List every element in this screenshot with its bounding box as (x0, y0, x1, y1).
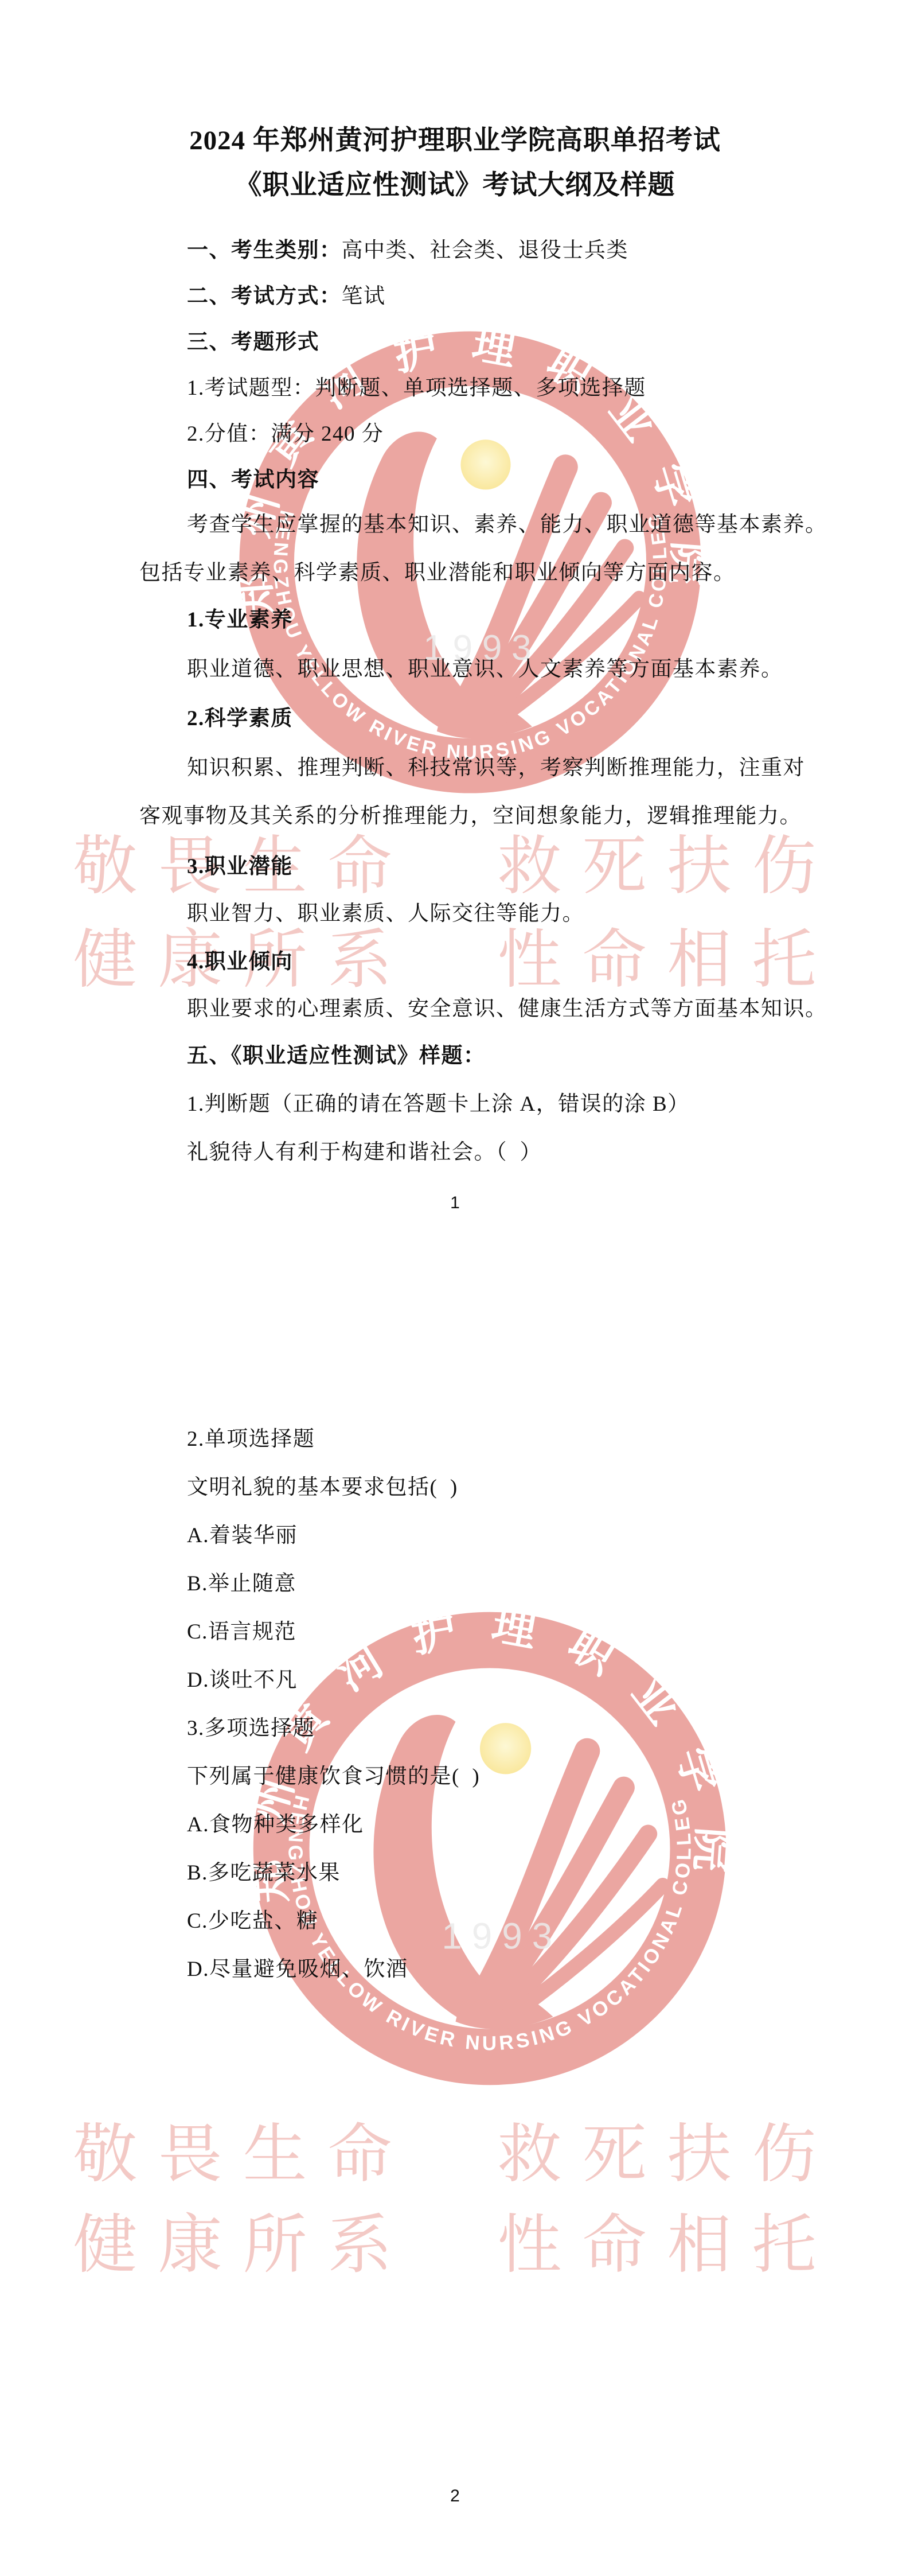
body-line: 下列属于健康饮食习惯的是( ) (187, 1766, 480, 1787)
bold-text-segment: 三、考题形式 (187, 330, 319, 354)
title-line: 《职业适应性测试》考试大纲及样题 (0, 172, 910, 199)
option-line: B.多吃蔬菜水果 (187, 1862, 341, 1884)
heading-line: 四、考试内容 (187, 469, 319, 491)
text-segment: 2.单项选择题 (187, 1427, 315, 1451)
bold-text-segment: 五、《职业适应性测试》样题： (187, 1044, 486, 1068)
heading-line: 一、考生类别：高中类、社会类、退役士兵类 (187, 240, 628, 261)
option-line: B.举止随意 (187, 1573, 296, 1594)
option-line: C.语言规范 (187, 1621, 296, 1643)
text-segment: 1.考试题型：判断题、单项选择题、多项选择题 (187, 376, 646, 400)
bold-text-segment: 3.职业潜能 (187, 855, 293, 878)
page-number: 1 (0, 1194, 910, 1212)
body-line: 客观事物及其关系的分析推理能力，空间想象能力，逻辑推理能力。 (139, 806, 802, 827)
text-segment: 职业要求的心理素质、安全意识、健康生活方式等方面基本知识。 (187, 997, 827, 1021)
page-number: 2 (0, 2488, 910, 2505)
option-line: A.食物种类多样化 (187, 1814, 364, 1835)
body-line: 职业要求的心理素质、安全意识、健康生活方式等方面基本知识。 (187, 998, 827, 1019)
bold-text-segment: 二、考试方式： (187, 285, 342, 308)
body-line: 2.分值：满分 240 分 (187, 423, 384, 445)
text-segment: 1 (450, 1193, 460, 1212)
text-segment: C.少吃盐、糖 (187, 1909, 318, 1933)
bold-text-segment: 2.科学素质 (187, 707, 293, 730)
text-segment: 笔试 (342, 285, 386, 308)
bold-text-segment: 4.职业倾向 (187, 950, 293, 974)
bold-text-segment: 四、考试内容 (187, 468, 319, 492)
text-segment: 礼貌待人有利于构建和谐社会。（ ） (187, 1141, 542, 1164)
college-seal-watermark-page2 (246, 1605, 733, 2092)
bold-text-segment: 《职业适应性测试》考试大纲及样题 (235, 170, 675, 200)
text-segment: B.举止随意 (187, 1572, 296, 1596)
heading-line: 4.职业倾向 (187, 951, 293, 972)
body-line: 职业道德、职业思想、职业意识、人文素养等方面基本素养。 (187, 659, 783, 680)
slogan-watermark-line2: 健康所系 性命相托 (0, 928, 910, 993)
text-segment: 职业智力、职业素质、人际交往等能力。 (187, 902, 584, 925)
option-line: D.谈吐不凡 (187, 1670, 298, 1691)
bold-text-segment: 2024 年郑州黄河护理职业学院高职单招考试 (189, 126, 721, 155)
heading-line: 五、《职业适应性测试》样题： (187, 1045, 486, 1067)
body-line: 包括专业素养、科学素质、职业潜能和职业倾向等方面内容。 (139, 562, 736, 583)
heading-line: 2.科学素质 (187, 708, 293, 729)
bold-text-segment: 1.专业素养 (187, 608, 293, 632)
title-line: 2024 年郑州黄河护理职业学院高职单招考试 (0, 127, 910, 154)
body-line: 知识积累、推理判断、科技常识等，考察判断推理能力，注重对 (187, 757, 805, 779)
heading-line: 1.专业素养 (187, 609, 293, 631)
body-line: 考查学生应掌握的基本知识、素养、能力、职业道德等基本素养。 (187, 514, 827, 535)
text-segment: 客观事物及其关系的分析推理能力，空间想象能力，逻辑推理能力。 (139, 804, 802, 828)
text-segment: A.着装华丽 (187, 1524, 298, 1547)
slogan-watermark-line1: 敬畏生命 救死扶伤 (0, 835, 910, 899)
text-segment: 下列属于健康饮食习惯的是( ) (187, 1765, 480, 1788)
text-segment: 文明礼貌的基本要求包括( ) (187, 1476, 458, 1499)
option-line: A.着装华丽 (187, 1525, 298, 1546)
heading-line: 3.职业潜能 (187, 856, 293, 877)
body-line: 1.考试题型：判断题、单项选择题、多项选择题 (187, 378, 646, 399)
text-segment: B.多吃蔬菜水果 (187, 1861, 341, 1885)
text-segment: 1.判断题（正确的请在答题卡上涂 A，错误的涂 B） (187, 1092, 690, 1116)
body-line: 礼貌待人有利于构建和谐社会。（ ） (187, 1142, 542, 1163)
option-line: D.尽量避免吸烟、饮酒 (187, 1959, 408, 1980)
bold-text-segment: 一、考生类别： (187, 239, 342, 262)
body-line: 职业智力、职业素质、人际交往等能力。 (187, 903, 584, 924)
text-segment: 职业道德、职业思想、职业意识、人文素养等方面基本素养。 (187, 657, 783, 681)
text-segment: D.尽量避免吸烟、饮酒 (187, 1958, 408, 1981)
text-segment: D.谈吐不凡 (187, 1668, 298, 1692)
text-segment: 包括专业素养、科学素质、职业潜能和职业倾向等方面内容。 (139, 561, 736, 585)
heading-line: 二、考试方式：笔试 (187, 286, 386, 307)
text-segment: C.语言规范 (187, 1620, 296, 1644)
option-line: C.少吃盐、糖 (187, 1910, 318, 1932)
slogan-watermark-line2: 健康所系 性命相托 (0, 2213, 910, 2278)
text-segment: A.食物种类多样化 (187, 1813, 364, 1836)
body-line: 文明礼貌的基本要求包括( ) (187, 1477, 458, 1498)
text-segment: 考查学生应掌握的基本知识、素养、能力、职业道德等基本素养。 (187, 513, 827, 536)
text-segment: 2 (450, 2486, 460, 2505)
heading-line: 三、考题形式 (187, 332, 319, 353)
slogan-watermark-line1: 敬畏生命 救死扶伤 (0, 2123, 910, 2187)
body-line: 2.单项选择题 (187, 1429, 315, 1450)
text-segment: 3.多项选择题 (187, 1717, 315, 1740)
text-segment: 知识积累、推理判断、科技常识等，考察判断推理能力，注重对 (187, 756, 805, 780)
body-line: 1.判断题（正确的请在答题卡上涂 A，错误的涂 B） (187, 1094, 690, 1115)
body-line: 3.多项选择题 (187, 1718, 315, 1739)
text-segment: 2.分值：满分 240 分 (187, 422, 384, 446)
document-canvas: 敬畏生命 救死扶伤 健康所系 性命相托 敬畏生命 救死扶伤 健康所系 性命相托 … (0, 0, 910, 2576)
text-segment: 高中类、社会类、退役士兵类 (342, 239, 629, 262)
